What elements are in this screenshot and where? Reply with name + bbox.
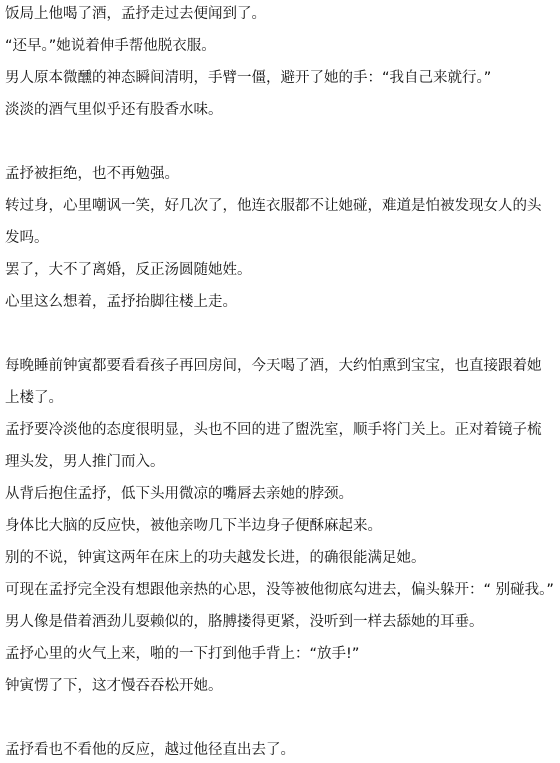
- text-line: 男人原本微醺的神态瞬间清明，手臂一僵，避开了她的手：“我自己来就行。”: [5, 62, 560, 94]
- text-line: 淡淡的酒气里似乎还有股香水味。: [5, 94, 560, 126]
- text-line: 孟抒被拒绝，也不再勉强。: [5, 158, 560, 190]
- text-line: 发吗。: [5, 222, 560, 254]
- text-line: “还早。”她说着伸手帮他脱衣服。: [5, 30, 560, 62]
- text-line: 孟抒要冷淡他的态度很明显，头也不回的进了盥洗室，顺手将门关上。正对着镜子梳: [5, 414, 560, 446]
- text-line: 转过身，心里嘲讽一笑，好几次了，他连衣服都不让她碰，难道是怕被发现女人的头: [5, 190, 560, 222]
- text-line: 身体比大脑的反应快，被他亲吻几下半边身子便酥麻起来。: [5, 510, 560, 542]
- text-line: 孟抒看也不看他的反应，越过他径直出去了。: [5, 734, 560, 763]
- text-line: 钟寅愣了下，这才慢吞吞松开她。: [5, 670, 560, 702]
- text-line: 可现在孟抒完全没有想跟他亲热的心思，没等被他彻底勾进去，偏头躲开：“ 别碰我。”: [5, 574, 560, 606]
- text-line: 每晚睡前钟寅都要看看孩子再回房间，今天喝了酒，大约怕熏到宝宝，也直接跟着她: [5, 350, 560, 382]
- text-line: 从背后抱住孟抒，低下头用微凉的嘴唇去亲她的脖颈。: [5, 478, 560, 510]
- paragraph-gap: [5, 702, 560, 734]
- text-line: 上楼了。: [5, 382, 560, 414]
- text-line: 心里这么想着，孟抒抬脚往楼上走。: [5, 286, 560, 318]
- paragraph-gap: [5, 126, 560, 158]
- text-line: 男人像是借着酒劲儿耍赖似的，胳膊搂得更紧，没听到一样去舔她的耳垂。: [5, 606, 560, 638]
- paragraph-gap: [5, 318, 560, 350]
- text-line: 理头发，男人推门而入。: [5, 446, 560, 478]
- text-line: 罢了，大不了离婚，反正汤圆随她姓。: [5, 254, 560, 286]
- document-body: 饭局上他喝了酒，孟抒走过去便闻到了。 “还早。”她说着伸手帮他脱衣服。 男人原本…: [0, 0, 560, 763]
- text-line: 孟抒心里的火气上来，啪的一下打到他手背上：“放手!”: [5, 638, 560, 670]
- text-line: 饭局上他喝了酒，孟抒走过去便闻到了。: [5, 0, 560, 30]
- text-line: 别的不说，钟寅这两年在床上的功夫越发长进，的确很能满足她。: [5, 542, 560, 574]
